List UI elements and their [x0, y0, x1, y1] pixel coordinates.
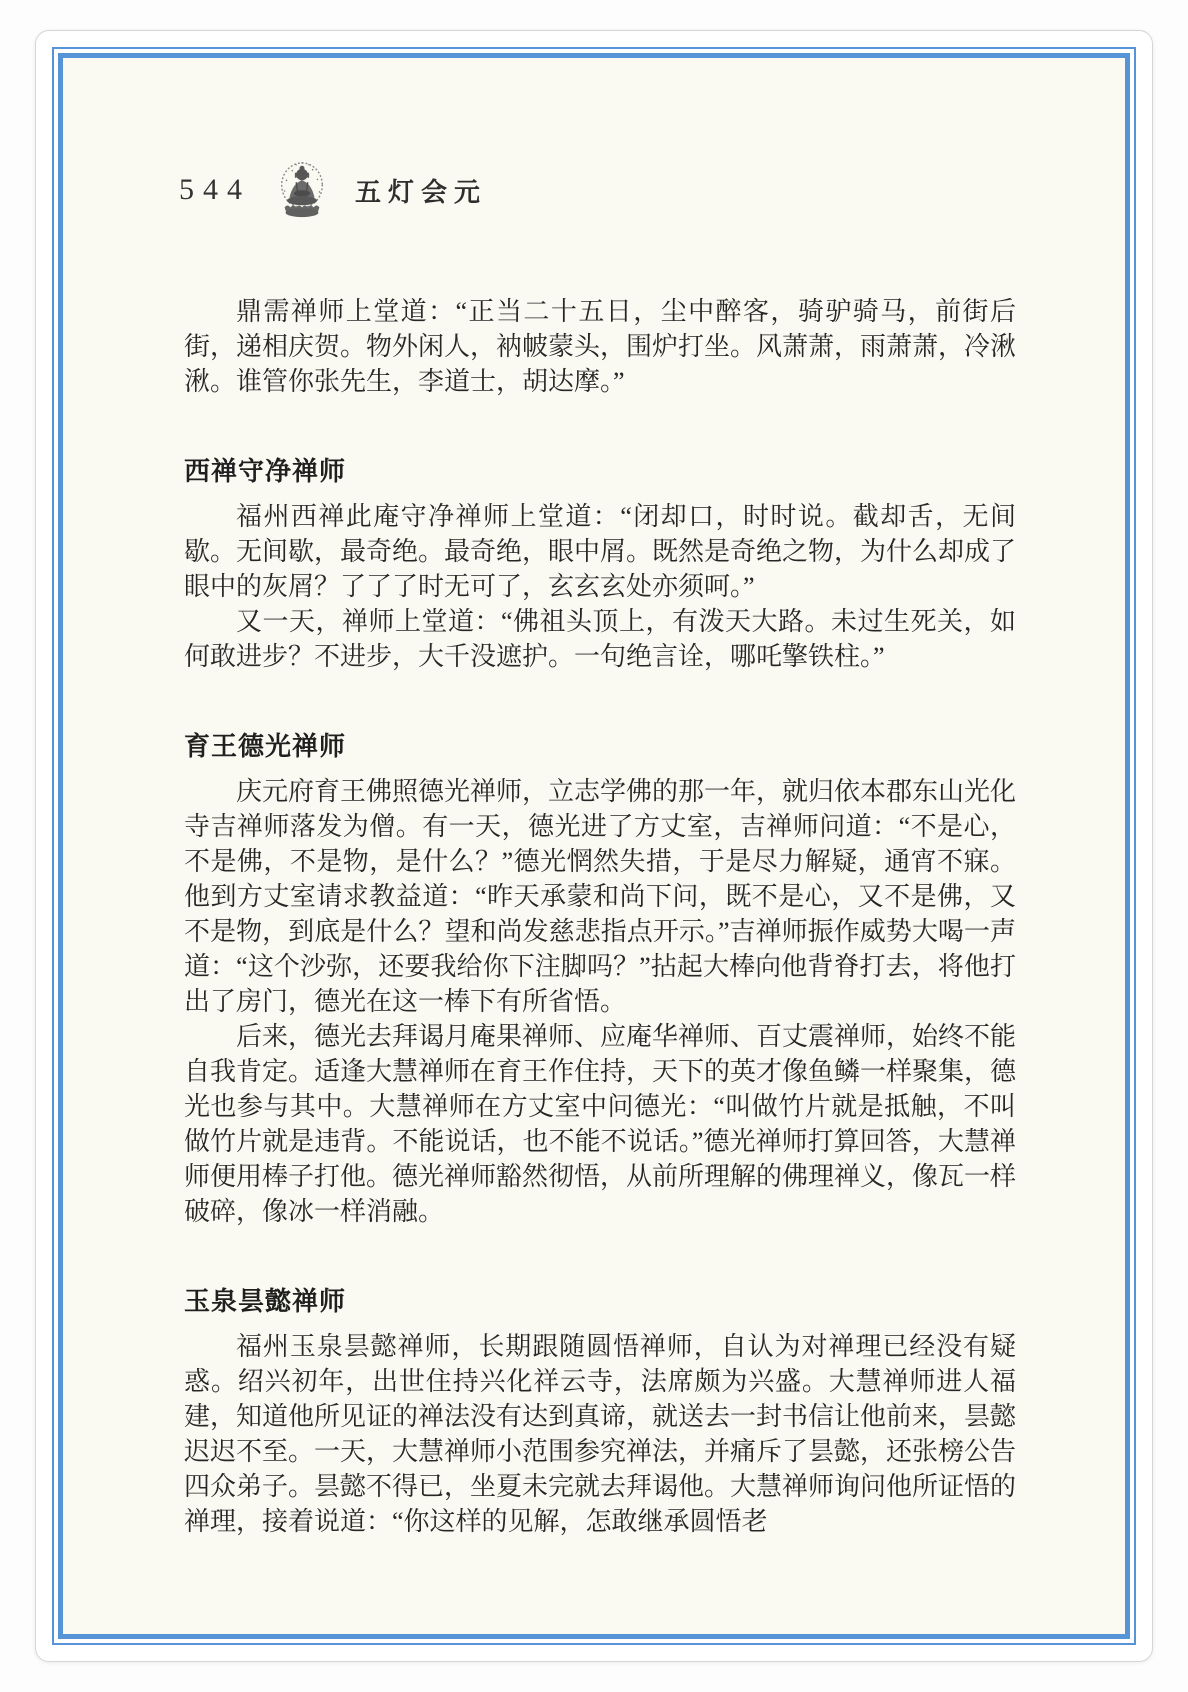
paragraph: 又一天，禅师上堂道：“佛祖头顶上，有泼天大路。未过生死关，如何敢进步？不进步，大…: [184, 604, 1016, 674]
text-column: 鼎需禅师上堂道：“正当二十五日，尘中醉客，骑驴骑马，前街后街，递相庆贺。物外闲人…: [184, 294, 1016, 1539]
buddha-icon: [273, 159, 331, 221]
paragraph: 福州玉泉昙懿禅师，长期跟随圆悟禅师，自认为对禅理已经没有疑惑。绍兴初年，出世住持…: [184, 1329, 1016, 1539]
paragraph: 福州西禅此庵守净禅师上堂道：“闭却口，时时说。截却舌，无间歇。无间歇，最奇绝。最…: [184, 499, 1016, 604]
paragraph: 后来，德光去拜谒月庵果禅师、应庵华禅师、百丈震禅师，始终不能自我肯定。适逢大慧禅…: [184, 1019, 1016, 1229]
section-heading-yuwang-deguang: 育王德光禅师: [184, 729, 1016, 764]
book-page: 544 五灯会元 鼎需禅师上堂道：“正当二十五日，尘中醉客，骑驴骑马，前街后街，…: [35, 30, 1153, 1662]
section-heading-xichan-shoujing: 西禅守净禅师: [184, 454, 1016, 489]
page-header: 544 五灯会元: [179, 159, 487, 221]
paragraph: 庆元府育王佛照德光禅师，立志学佛的那一年，就归依本郡东山光化寺吉禅师落发为僧。有…: [184, 774, 1016, 1019]
page-number: 544: [179, 173, 251, 207]
paragraph: 鼎需禅师上堂道：“正当二十五日，尘中醉客，骑驴骑马，前街后街，递相庆贺。物外闲人…: [184, 294, 1016, 399]
section-heading-yuquan-tanyi: 玉泉昙懿禅师: [184, 1284, 1016, 1319]
book-title: 五灯会元: [355, 172, 487, 209]
